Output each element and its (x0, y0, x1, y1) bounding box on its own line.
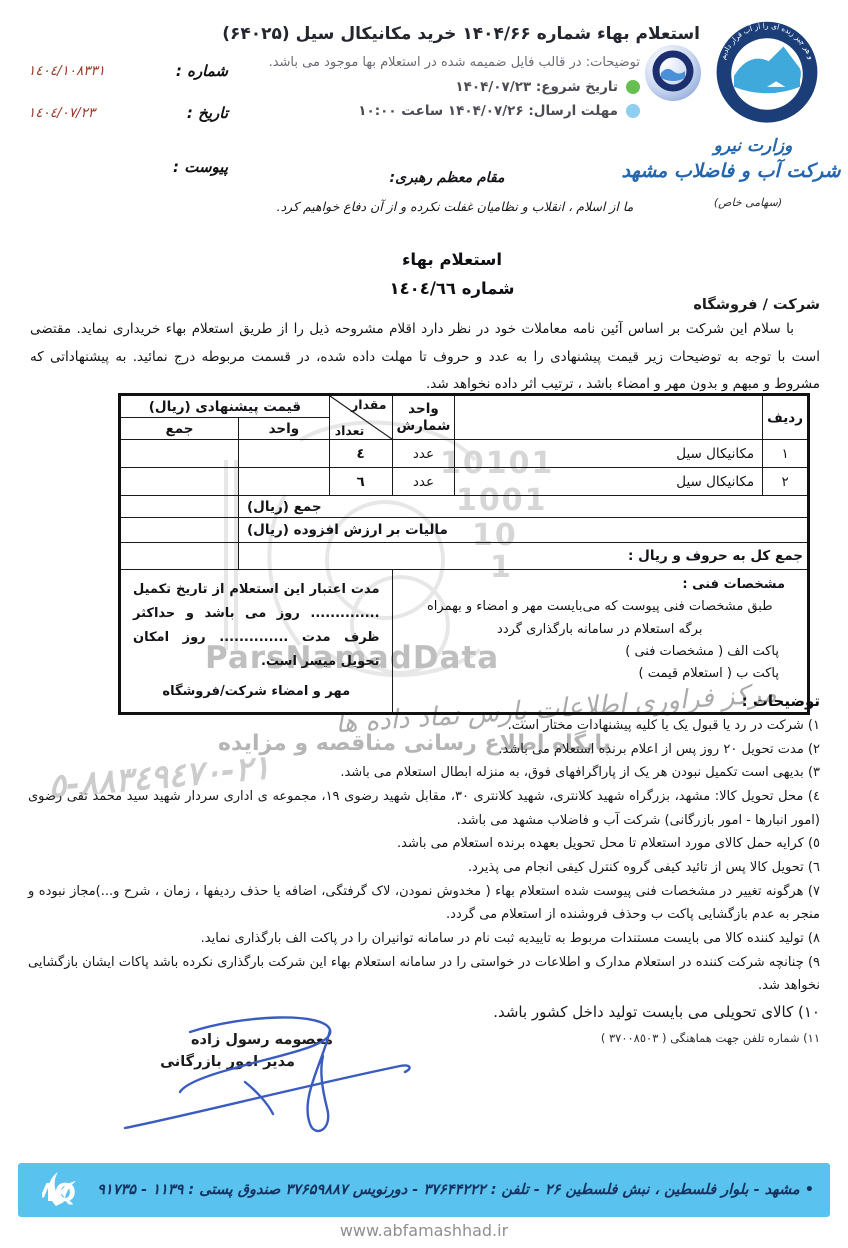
item-unit: عدد (392, 468, 455, 496)
deadline-text: مهلت ارسال: ۱۴۰۴/۰۷/۲۶ ساعت ۱۰:۰۰ (358, 103, 618, 119)
unit-price-cell (239, 468, 330, 496)
item-unit: عدد (392, 440, 455, 468)
grand-total-row: جمع کل به حروف و ریال : (120, 543, 809, 570)
note-item-8: ٨) تولید کننده کالا می بایست مستندات مرب… (28, 927, 820, 951)
col-header-item (455, 395, 763, 440)
tech-line2: برگه استعلام در سامانه بارگذاری گردد (401, 619, 799, 641)
motto-heading: مقام معظم رهبری: (297, 170, 597, 186)
tech-line4: پاکت ب ( استعلام قیمت ) (401, 663, 799, 685)
svg-text:IMQ: IMQ (42, 1178, 76, 1207)
sum-value-cell (120, 496, 239, 518)
signature-block: معصومه رسول زاده مدیر امور بازرگانی (128, 1032, 333, 1070)
doc-heading-line1: استعلام بهاء (327, 246, 577, 275)
green-dot-icon (626, 80, 640, 94)
stamp-date-label: تاریخ : (187, 104, 228, 122)
col-header-row-no: ردیف (763, 395, 809, 440)
ministry-name: وزارت نیرو (658, 136, 848, 156)
item-qty: ٤ (329, 440, 392, 468)
note-item-10: ١٠) کالای تحویلی می بایست تولید داخل کشو… (28, 998, 820, 1027)
signer-title: مدیر امور بازرگانی (128, 1054, 295, 1070)
note-item-4: ٤) محل تحویل کالا: مشهد، بزرگراه شهید کل… (28, 785, 820, 832)
col-header-unit-price: واحد (239, 418, 330, 440)
sum-row: جمع (ریال) (120, 496, 809, 518)
stamp-number-value: ١٤٠٤/١٠٨٣٣١ (28, 63, 105, 79)
stamp-date-row: تاریخ : ١٤٠٤/٠٧/٢٣ (28, 104, 228, 122)
item-name: مکانیکال سیل (455, 440, 763, 468)
footer-bar: IMQ • مشهد - بلوار فلسطین ، نبش فلسطین ۲… (18, 1163, 830, 1217)
tech-line1: طبق مشخصات فنی پیوست که می‌بایست مهر و ا… (401, 596, 799, 618)
col-header-total-price: جمع (120, 418, 239, 440)
inquiry-title: استعلام بهاء شماره ۱۴۰۴/۶۶ خرید مکانیکال… (222, 24, 700, 44)
stamp-date-value: ١٤٠٤/٠٧/٢٣ (28, 105, 95, 121)
vat-value-cell (120, 518, 239, 543)
stamp-number-label: شماره : (176, 62, 228, 80)
letter-body: با سلام این شرکت بر اساس آئین نامه معامل… (30, 316, 820, 399)
grand-total-value-cell (120, 543, 239, 570)
items-table: ردیف واحد شمارش مقدار تعداد قیمت پیشنهاد… (118, 393, 810, 715)
note-item-7: ٧) هرگونه تغییر در مشخصات فنی پیوست شده … (28, 880, 820, 927)
col-header-qty: مقدار تعداد (329, 395, 392, 440)
vat-row: مالیات بر ارزش افزوده (ریال) (120, 518, 809, 543)
notes-title: توضیحات : (28, 692, 820, 710)
footer-address: • مشهد - بلوار فلسطین ، نبش فلسطین ۲۶ - … (208, 1163, 814, 1217)
footer-website: www.abfamashhad.ir (0, 1221, 848, 1240)
company-name: شرکت آب و فاضلاب مشهد (616, 160, 846, 182)
row-no: ٢ (763, 468, 809, 496)
doc-heading: استعلام بهاء شماره ١٤٠٤/٦٦ (327, 246, 577, 304)
validity-text: مدت اعتبار این استعلام از تاریخ تکمیل ..… (133, 578, 380, 674)
table-row: ١ مکانیکال سیل عدد ٤ (120, 440, 809, 468)
start-date-text: تاریخ شروع: ۱۴۰۴/۰۷/۲۳ (455, 79, 618, 95)
total-price-cell (120, 440, 239, 468)
sum-label: جمع (ریال) (239, 496, 809, 518)
start-date-row: تاریخ شروع: ۱۴۰۴/۰۷/۲۳ (455, 79, 640, 95)
stamp-number-row: شماره : ١٤٠٤/١٠٨٣٣١ (28, 62, 228, 80)
document-page: 10101 1001 10 1 ParsNamadData مرکز فراور… (0, 0, 848, 1248)
note-item-9: ٩) چنانچه شرکت کننده در استعلام مدارک و … (28, 951, 820, 998)
stamp-attachment-label: پیوست : (173, 158, 228, 176)
motto-text: ما از اسلام ، انقلاب و نظامیان غفلت نکرد… (155, 199, 755, 214)
salutation: شرکت / فروشگاه (30, 297, 820, 313)
stamp-attachment-row: پیوست : (28, 158, 228, 176)
qty-header-bottom: تعداد (335, 423, 365, 438)
company-logo: و هر چیز زنده ای را از آب قرار دادیم (712, 18, 822, 130)
qty-header-top: مقدار (351, 397, 386, 412)
note-item-5: ٥) کرایه حمل کالای مورد استعلام تا محل ت… (28, 832, 820, 856)
row-no: ١ (763, 440, 809, 468)
note-item-6: ٦) تحویل کالا پس از تائید کیفی گروه کنتر… (28, 856, 820, 880)
total-price-cell (120, 468, 239, 496)
col-header-price-group: قیمت پیشنهادی (ریال) (120, 395, 330, 418)
note-item-3: ٣) بدیهی است تکمیل نبودن هر یک از پاراگر… (28, 761, 820, 785)
inquiry-description: توضیحات: در قالب فایل ضمیمه شده در استعل… (269, 55, 640, 70)
table-row: ٢ مکانیکال سیل عدد ٦ (120, 468, 809, 496)
blue-dot-icon (626, 104, 640, 118)
vat-label: مالیات بر ارزش افزوده (ریال) (239, 518, 809, 543)
note-item-2: ٢) مدت تحویل ٢٠ روز پس از اعلام برنده اس… (28, 738, 820, 762)
col-header-unit: واحد شمارش (392, 395, 455, 440)
item-name: مکانیکال سیل (455, 468, 763, 496)
unit-price-cell (239, 440, 330, 468)
tech-title: مشخصات فنی : (401, 574, 799, 596)
water-wave-badge-icon (644, 44, 702, 102)
grand-total-label: جمع کل به حروف و ریال : (239, 543, 809, 570)
letter-block: شرکت / فروشگاه با سلام این شرکت بر اساس … (30, 297, 820, 399)
notes-section: توضیحات : ١) شرکت در رد یا قبول یک یا کل… (28, 692, 820, 1051)
item-qty: ٦ (329, 468, 392, 496)
note-item-1: ١) شرکت در رد یا قبول یک یا کلیه پیشنهاد… (28, 714, 820, 738)
deadline-row: مهلت ارسال: ۱۴۰۴/۰۷/۲۶ ساعت ۱۰:۰۰ (358, 103, 640, 119)
signer-name: معصومه رسول زاده (128, 1032, 333, 1048)
tech-line3: پاکت الف ( مشخصات فنی ) (401, 641, 799, 663)
